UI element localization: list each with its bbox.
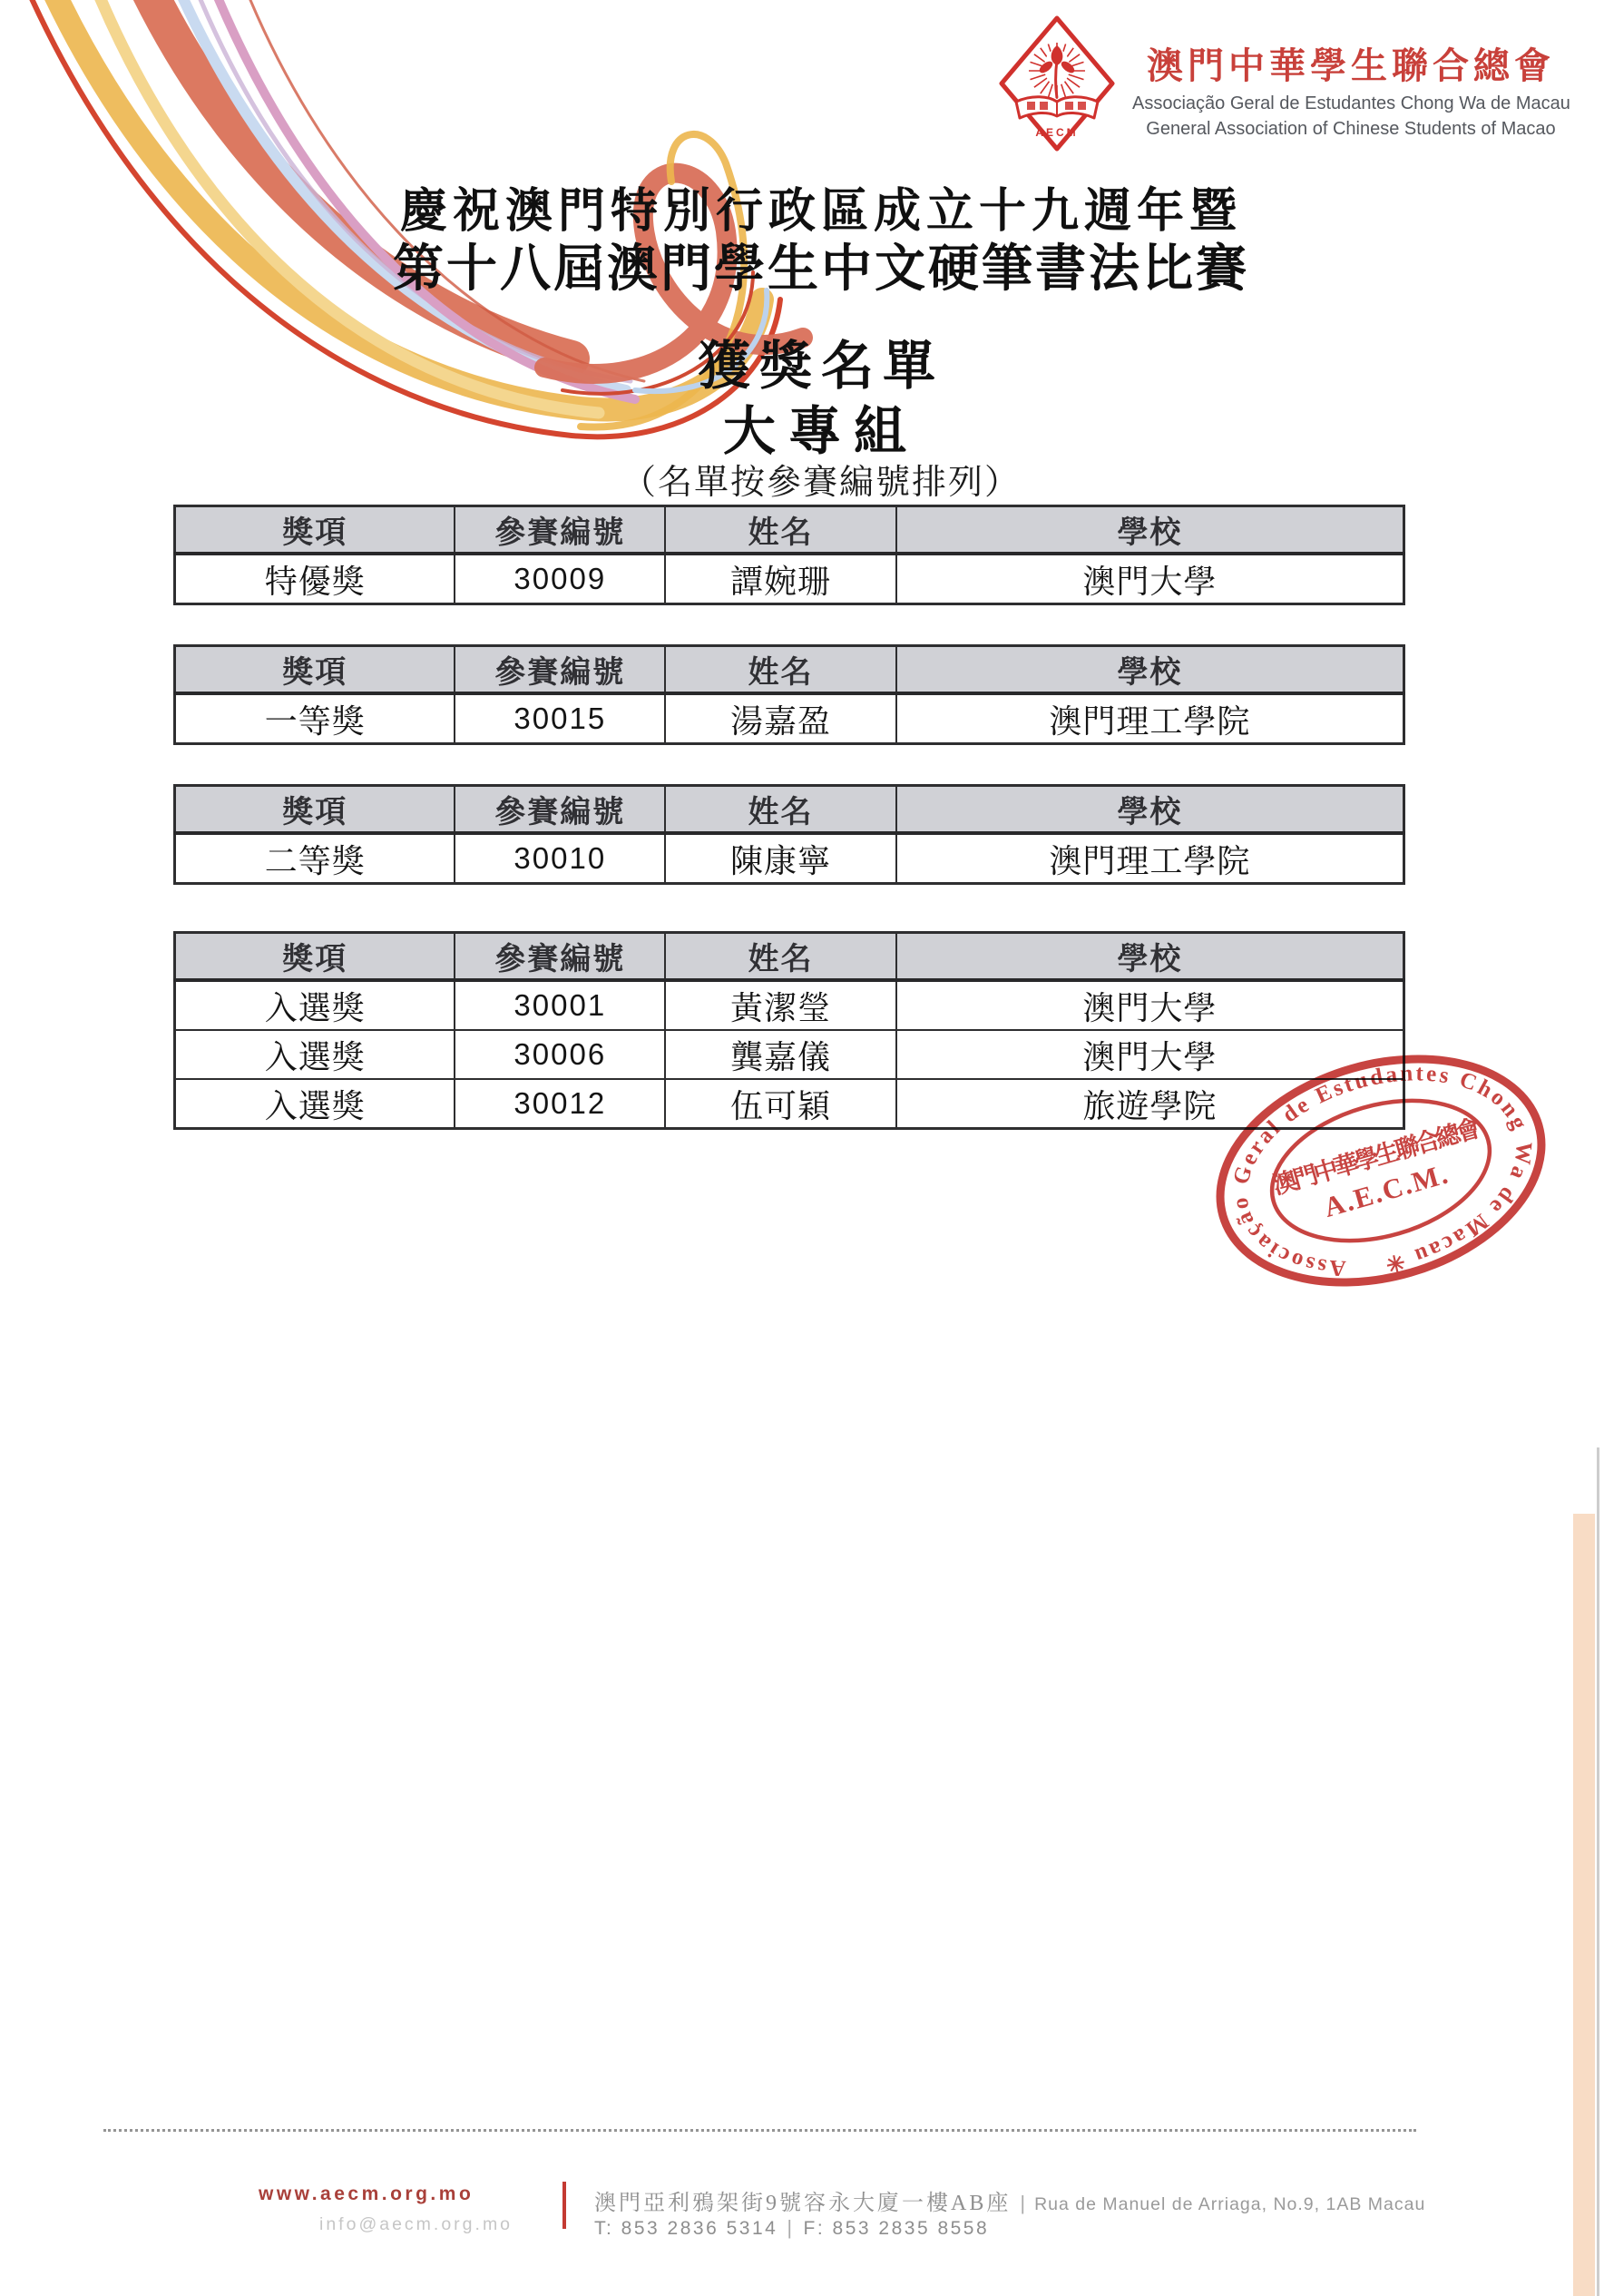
cell-number: 30015 [455, 693, 665, 744]
stamp-ring-text: Associação Geral de Estudantes Chong Wa … [1202, 1027, 1562, 1315]
footer-website: www.aecm.org.mo [259, 2183, 474, 2205]
org-name-en: General Association of Chinese Students … [1132, 116, 1570, 142]
event-title-line2: 第十八屆澳門學生中文硬筆書法比賽 [38, 229, 1604, 301]
header-school: 學校 [896, 786, 1404, 834]
cell-name: 湯嘉盈 [665, 693, 896, 744]
cell-award: 一等獎 [175, 693, 455, 744]
header-number: 參賽編號 [455, 506, 665, 554]
cell-award: 特優獎 [175, 554, 455, 604]
svg-text:Associação Geral de Estudantes: Associação Geral de Estudantes Chong Wa … [1202, 1027, 1562, 1315]
cell-name: 龔嘉儀 [665, 1030, 896, 1079]
cell-name: 譚婉珊 [665, 554, 896, 604]
association-logo: AECM [996, 15, 1118, 152]
header-school: 學校 [896, 506, 1404, 554]
header-name: 姓名 [665, 646, 896, 694]
cell-award: 二等獎 [175, 833, 455, 884]
logo-book-icon [1016, 97, 1098, 118]
cell-number: 30010 [455, 833, 665, 884]
header-number: 參賽編號 [455, 933, 665, 981]
cell-award: 入選獎 [175, 980, 455, 1030]
footer-address-line: 澳門亞利鴉架街9號容永大廈一樓AB座|Rua de Manuel de Arri… [594, 2184, 1425, 2216]
header-school: 學校 [896, 646, 1404, 694]
award-table-first-prize: 獎項 參賽編號 姓名 學校 一等獎 30015 湯嘉盈 澳門理工學院 [173, 644, 1405, 745]
footer-phone-line: T: 853 2836 5314|F: 853 2835 8558 [594, 2216, 989, 2240]
footer-dotted-divider [103, 2129, 1416, 2132]
footer-fax: F: 853 2835 8558 [804, 2218, 990, 2239]
footer-address-zh: 澳門亞利鴉架街9號容永大廈一樓AB座 [594, 2192, 1011, 2215]
table-row: 入選獎 30001 黃潔瑩 澳門大學 [175, 980, 1404, 1030]
cell-school: 澳門大學 [896, 980, 1404, 1030]
header-name: 姓名 [665, 933, 896, 981]
footer-separator: | [1011, 2192, 1034, 2214]
header-award: 獎項 [175, 933, 455, 981]
cell-number: 30009 [455, 554, 665, 604]
cell-school: 澳門理工學院 [896, 693, 1404, 744]
table-header-row: 獎項 參賽編號 姓名 學校 [175, 506, 1404, 554]
cell-name: 黃潔瑩 [665, 980, 896, 1030]
org-name-zh: 澳門中華學生聯合總會 [1132, 42, 1570, 91]
cell-school: 澳門理工學院 [896, 833, 1404, 884]
footer-phone: T: 853 2836 5314 [594, 2218, 778, 2239]
scan-artifact-peach-strip [1573, 1514, 1595, 2296]
header-name: 姓名 [665, 786, 896, 834]
table-header-row: 獎項 參賽編號 姓名 學校 [175, 646, 1404, 694]
footer-separator: | [778, 2216, 803, 2239]
logo-acronym: AECM [1035, 126, 1078, 139]
footer-red-divider [562, 2182, 566, 2229]
cell-school: 澳門大學 [896, 554, 1404, 604]
table-row: 二等獎 30010 陳康寧 澳門理工學院 [175, 833, 1404, 884]
header-number: 參賽編號 [455, 646, 665, 694]
table-header-row: 獎項 參賽編號 姓名 學校 [175, 786, 1404, 834]
table-row: 入選獎 30006 龔嘉儀 澳門大學 [175, 1030, 1404, 1079]
footer-email: info@aecm.org.mo [319, 2214, 513, 2235]
header-number: 參賽編號 [455, 786, 665, 834]
cell-number: 30012 [455, 1079, 665, 1129]
table-header-row: 獎項 參賽編號 姓名 學校 [175, 933, 1404, 981]
cell-number: 30006 [455, 1030, 665, 1079]
award-table-special-merit: 獎項 參賽編號 姓名 學校 特優獎 30009 譚婉珊 澳門大學 [173, 505, 1405, 605]
cell-name: 伍可穎 [665, 1079, 896, 1129]
cell-award: 入選獎 [175, 1030, 455, 1079]
cell-number: 30001 [455, 980, 665, 1030]
cell-name: 陳康寧 [665, 833, 896, 884]
cell-award: 入選獎 [175, 1079, 455, 1129]
org-name-pt: Associação Geral de Estudantes Chong Wa … [1132, 91, 1570, 116]
scan-artifact-edge-line [1597, 1447, 1599, 2296]
footer-address-pt: Rua de Manuel de Arriaga, No.9, 1AB Maca… [1034, 2194, 1425, 2214]
table-row: 一等獎 30015 湯嘉盈 澳門理工學院 [175, 693, 1404, 744]
sorting-note: （名單按參賽編號排列） [38, 454, 1604, 504]
header-award: 獎項 [175, 506, 455, 554]
header-name: 姓名 [665, 506, 896, 554]
table-row: 特優獎 30009 譚婉珊 澳門大學 [175, 554, 1404, 604]
header-award: 獎項 [175, 786, 455, 834]
header-school: 學校 [896, 933, 1404, 981]
header-award: 獎項 [175, 646, 455, 694]
org-name-block: 澳門中華學生聯合總會 Associação Geral de Estudante… [1132, 42, 1570, 142]
award-table-second-prize: 獎項 參賽編號 姓名 學校 二等獎 30010 陳康寧 澳門理工學院 [173, 784, 1405, 885]
